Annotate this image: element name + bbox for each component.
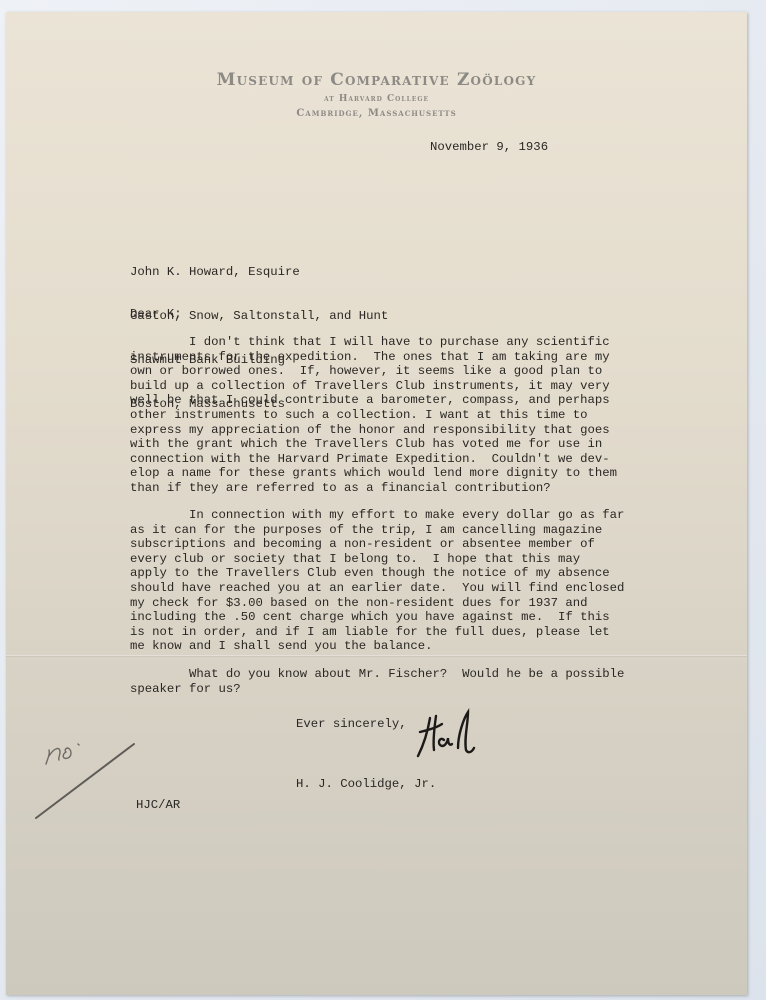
handwritten-signature bbox=[406, 704, 486, 764]
letter-date: November 9, 1936 bbox=[430, 140, 548, 155]
paper-fold-crease bbox=[6, 655, 747, 657]
salutation: Dear K: bbox=[130, 307, 182, 322]
closing: Ever sincerely, bbox=[296, 717, 407, 732]
signer-name: H. J. Coolidge, Jr. bbox=[296, 777, 436, 792]
letterhead-affiliation: at Harvard College bbox=[6, 94, 747, 104]
pencil-annotation bbox=[34, 730, 144, 820]
body-paragraph: What do you know about Mr. Fischer? Woul… bbox=[130, 667, 624, 696]
letterhead-institution: Museum of Comparative Zoölogy bbox=[6, 70, 747, 90]
letterhead-location: Cambridge, Massachusetts bbox=[6, 108, 747, 119]
address-line: John K. Howard, Esquire bbox=[130, 265, 388, 280]
body-paragraph: I don't think that I will have to purcha… bbox=[130, 335, 617, 496]
letterhead: Museum of Comparative Zoölogy at Harvard… bbox=[6, 70, 747, 119]
letter-page: Museum of Comparative Zoölogy at Harvard… bbox=[6, 12, 747, 995]
body-paragraph: In connection with my effort to make eve… bbox=[130, 508, 624, 654]
